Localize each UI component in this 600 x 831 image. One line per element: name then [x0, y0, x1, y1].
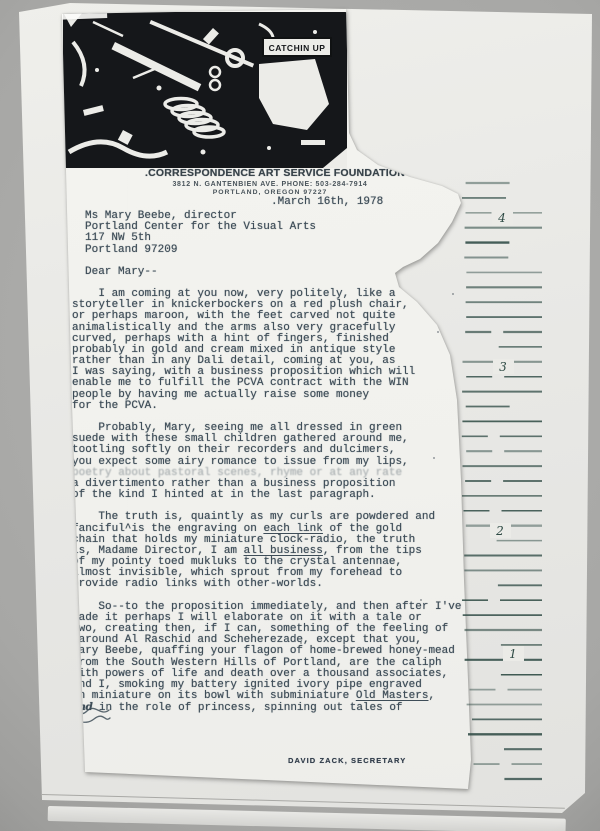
letter-line: poetry about pastoral scenes, rhyme or a… [72, 468, 472, 479]
org-address: 3812 N. GANTENBIEN AVE. PHONE: 503-284-7… [145, 181, 395, 188]
collage-caption: CATCHIN UP [269, 43, 326, 53]
signature-line: DAVID ZACK, SECRETARY [288, 756, 406, 765]
letter-line: and in the role of princess, spinning ou… [72, 702, 472, 713]
letter-sheet-wrap: CATCHIN UP .CORRESPONDENCE ART SERVICE F… [55, 5, 480, 800]
collage-caption-box: CATCHIN UP [263, 38, 331, 56]
org-city: PORTLAND, OREGON 97227 [145, 189, 395, 196]
ruler-graphic: 4321 [450, 175, 560, 805]
letter-line: Portland 97209 [85, 245, 472, 256]
photo-of-letter: 4321 [0, 0, 600, 831]
letterhead: .CORRESPONDENCE ART SERVICE FOUNDATION" … [145, 167, 395, 196]
photocopy-speck [433, 457, 435, 459]
photocopy-speck [420, 599, 422, 601]
letter-line: Dear Mary-- [85, 267, 472, 278]
date-line: .March 16th, 1978 [271, 196, 383, 208]
svg-text:3: 3 [499, 360, 507, 374]
org-name: .CORRESPONDENCE ART SERVICE FOUNDATION" [145, 167, 395, 179]
handwriting-flourish [63, 705, 115, 731]
letter-body: Ms Mary Beebe, directorPortland Center f… [72, 211, 472, 714]
svg-text:1: 1 [509, 647, 517, 661]
letter-line: in miniature on its bowl with subminiatu… [72, 691, 472, 702]
collage-image: CATCHIN UP [63, 12, 347, 168]
tape-strip [51, 3, 107, 20]
photocopy-speck [300, 642, 302, 644]
svg-text:2: 2 [495, 524, 504, 538]
letter-sheet: CATCHIN UP .CORRESPONDENCE ART SERVICE F… [55, 5, 480, 800]
letter-line: of the kind I hinted at in the last para… [72, 490, 472, 501]
letter-line: provide radio links with other-worlds. [72, 579, 472, 590]
svg-text:4: 4 [497, 211, 506, 225]
letter-line: for the PCVA. [72, 401, 472, 412]
photocopy-speck [452, 293, 454, 295]
photocopy-speck [437, 331, 439, 333]
